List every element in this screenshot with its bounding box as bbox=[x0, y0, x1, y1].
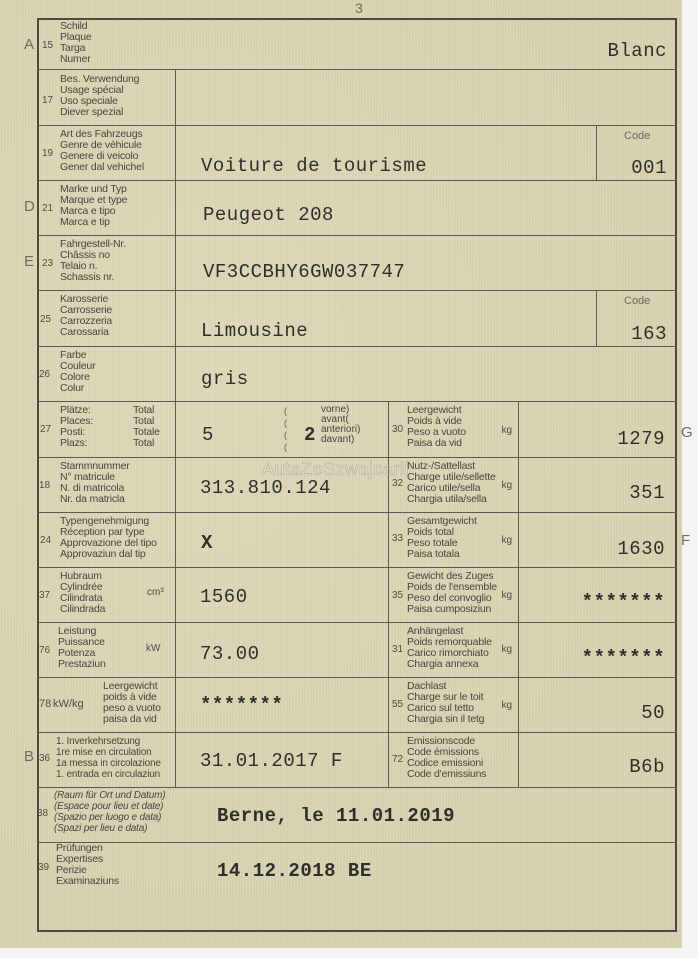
payload-value: 351 bbox=[629, 482, 665, 504]
field-plate: 15 SchildPlaqueTargaNumer Blanc bbox=[37, 18, 677, 70]
unit-kg: kg bbox=[501, 480, 512, 491]
empty-weight-value-cell: 1279 bbox=[518, 402, 677, 457]
field-number: 55 bbox=[392, 699, 403, 710]
unit-kg: kg bbox=[501, 590, 512, 601]
vehicle-type-code-cell: Code 001 bbox=[596, 126, 677, 180]
emission-code-value-cell: B6b bbox=[518, 733, 677, 787]
inspections-value: 14.12.2018 BE bbox=[217, 860, 372, 882]
roof-load-value: 50 bbox=[641, 702, 665, 724]
color-value-cell: gris bbox=[175, 347, 677, 401]
emission-code-label-cell: 72 EmissionscodeCode émissionsCodice emi… bbox=[388, 733, 518, 787]
field-number: 21 bbox=[42, 203, 53, 214]
side-letter-g: G bbox=[681, 424, 693, 441]
field-number: 25 bbox=[40, 314, 51, 325]
field-number: 35 bbox=[392, 590, 403, 601]
vehicle-type-code: 001 bbox=[631, 157, 667, 179]
unit-kg: kg bbox=[501, 700, 512, 711]
field-number: 18 bbox=[39, 480, 50, 491]
power-weight-value-cell: ******* bbox=[175, 678, 388, 732]
payload-value-cell: 351 bbox=[518, 458, 677, 512]
seats-front-label: vorne)avant(anteriori)davant) bbox=[321, 405, 360, 445]
row-displacement-train-weight: 37 HubraumCylindréeCilindrataCilindrada … bbox=[37, 568, 677, 623]
field-number: 23 bbox=[42, 258, 53, 269]
field-label: (Raum für Ort und Datum)(Espace pour lie… bbox=[54, 790, 165, 834]
field-vehicle-type: 19 Art des FahrzeugsGenre de véhiculeGen… bbox=[37, 126, 677, 181]
field-number: 24 bbox=[40, 535, 51, 546]
train-weight-value: ******* bbox=[582, 591, 665, 613]
seats-label: Plätze:Places:Posti:Plazs: bbox=[60, 405, 93, 449]
side-letter-e: E bbox=[24, 253, 34, 270]
field-number: 30 bbox=[392, 424, 403, 435]
field-label: HubraumCylindréeCilindrataCilindrada bbox=[60, 571, 105, 615]
side-letter-d: D bbox=[24, 198, 35, 215]
unit-cm3: cm³ bbox=[147, 587, 164, 598]
registration-no-value: 313.810.124 bbox=[200, 477, 331, 499]
field-body: 25 KarosserieCarrosserieCarrozzeriaCaros… bbox=[37, 291, 677, 347]
field-label: Leergewichtpoids à videpeso a vuotopaisa… bbox=[103, 681, 161, 725]
field-label: PrüfungenExpertisesPerizieExaminaziuns bbox=[56, 843, 119, 887]
unit-kg: kg bbox=[501, 425, 512, 436]
field-number: 72 bbox=[392, 754, 403, 765]
displacement-value: 1560 bbox=[200, 586, 248, 608]
chassis-value: VF3CCBHY6GW037747 bbox=[203, 261, 405, 283]
field-label: Bes. VerwendungUsage spécialUso speciale… bbox=[60, 74, 139, 118]
field-number: 38 bbox=[37, 808, 48, 819]
field-number: 27 bbox=[40, 424, 51, 435]
train-weight-label-cell: 35 Gewicht des ZugesPoids de l'ensembleP… bbox=[388, 568, 518, 622]
field-label: AnhängelastPoids remorquableCarico rimor… bbox=[407, 626, 492, 670]
unit-kw-per-kg: kW/kg bbox=[53, 698, 84, 710]
field-number: 17 bbox=[42, 95, 53, 106]
code-label: Code bbox=[624, 130, 650, 142]
train-weight-value-cell: ******* bbox=[518, 568, 677, 622]
field-label: Fahrgestell-Nr.Châssis noTelaio n.Schass… bbox=[60, 239, 126, 283]
roof-load-value-cell: 50 bbox=[518, 678, 677, 732]
field-label: TypengenehmigungRéception par typeApprov… bbox=[60, 516, 157, 560]
body-value: Limousine bbox=[201, 320, 308, 342]
field-number: 15 bbox=[42, 40, 53, 51]
brace: (((( bbox=[284, 405, 287, 453]
seats-value-cell: 5 (((( 2 vorne)avant(anteriori)davant) bbox=[175, 402, 388, 457]
color-value: gris bbox=[201, 368, 249, 390]
watermark: AutaZeSzwajcarii bbox=[262, 459, 409, 480]
registration-document-page: 3 A D E B G F 15 SchildPlaqueTargaNumer … bbox=[0, 0, 682, 948]
field-chassis: 23 Fahrgestell-Nr.Châssis noTelaio n.Sch… bbox=[37, 236, 677, 291]
unit-kw: kW bbox=[146, 643, 160, 654]
make-model-value-cell: Peugeot 208 bbox=[175, 181, 677, 235]
seats-total-label: TotalTotalTotaleTotal bbox=[133, 405, 160, 449]
field-label: FarbeCouleurColoreColur bbox=[60, 350, 95, 394]
field-number: 36 bbox=[39, 753, 50, 764]
seats-total-value: 5 bbox=[202, 424, 214, 446]
vehicle-type-value-cell: Voiture de tourisme bbox=[175, 126, 596, 180]
field-inspections: 39 PrüfungenExpertisesPerizieExaminaziun… bbox=[37, 843, 677, 932]
field-number: 37 bbox=[39, 590, 50, 601]
side-letter-a: A bbox=[24, 36, 34, 53]
field-color: 26 FarbeCouleurColoreColur gris bbox=[37, 347, 677, 402]
gross-weight-value: 1630 bbox=[617, 538, 665, 560]
special-use-value-cell bbox=[175, 70, 677, 125]
field-label: KarosserieCarrosserieCarrozzeriaCarossar… bbox=[60, 294, 112, 338]
empty-weight-value: 1279 bbox=[617, 428, 665, 450]
vehicle-type-value: Voiture de tourisme bbox=[201, 155, 427, 177]
first-registration-value: 31.01.2017 F bbox=[200, 750, 343, 772]
field-number: 39 bbox=[38, 862, 49, 873]
plate-value: Blanc bbox=[607, 40, 667, 62]
row-power-weight-roof-load: 78 kW/kg Leergewichtpoids à videpeso a v… bbox=[37, 678, 677, 733]
field-label: EmissionscodeCode émissionsCodice emissi… bbox=[407, 736, 486, 780]
field-label: Gewicht des ZugesPoids de l'ensemblePeso… bbox=[407, 571, 497, 615]
trailer-load-value-cell: ******* bbox=[518, 623, 677, 677]
field-place-date: 38 (Raum für Ort und Datum)(Espace pour … bbox=[37, 788, 677, 843]
field-number: 31 bbox=[392, 644, 403, 655]
make-model-value: Peugeot 208 bbox=[203, 204, 334, 226]
field-label: DachlastCharge sur le toitCarico sul tet… bbox=[407, 681, 484, 725]
field-label: LeergewichtPoids à videPeso a vuotoPaisa… bbox=[407, 405, 466, 449]
field-label: 1. Inverkehrsetzung1re mise en circulati… bbox=[56, 736, 161, 780]
row-type-approval-gross-weight: 24 TypengenehmigungRéception par typeApp… bbox=[37, 513, 677, 568]
field-make-model: 21 Marke und TypMarque et typeMarca e ti… bbox=[37, 181, 677, 236]
page-number: 3 bbox=[355, 0, 363, 16]
field-number: 26 bbox=[39, 369, 50, 380]
field-label: GesamtgewichtPoids totalPeso totalePaisa… bbox=[407, 516, 477, 560]
roof-load-label-cell: 55 DachlastCharge sur le toitCarico sul … bbox=[388, 678, 518, 732]
body-code-cell: Code 163 bbox=[596, 291, 677, 346]
row-seats-empty-weight: 27 Plätze:Places:Posti:Plazs: TotalTotal… bbox=[37, 402, 677, 458]
row-first-registration-emission: 36 1. Inverkehrsetzung1re mise en circul… bbox=[37, 733, 677, 788]
field-label: StammnummerN° matriculeN. di matricolaNr… bbox=[60, 461, 130, 505]
code-label: Code bbox=[624, 295, 650, 307]
type-approval-value-cell: X bbox=[175, 513, 388, 567]
gross-weight-value-cell: 1630 bbox=[518, 513, 677, 567]
field-label: Marke und TypMarque et typeMarca e tipoM… bbox=[60, 184, 127, 228]
trailer-load-label-cell: 31 AnhängelastPoids remorquableCarico ri… bbox=[388, 623, 518, 677]
row-power-trailer-load: 76 LeistungPuissancePotenzaPrestaziun kW… bbox=[37, 623, 677, 678]
field-label: SchildPlaqueTargaNumer bbox=[60, 21, 92, 65]
first-registration-value-cell: 31.01.2017 F bbox=[175, 733, 388, 787]
side-letter-b: B bbox=[24, 748, 34, 765]
place-date-value: Berne, le 11.01.2019 bbox=[217, 805, 455, 827]
field-label: Nutz-/SattellastCharge utile/selletteCar… bbox=[407, 461, 496, 505]
empty-weight-label-cell: 30 LeergewichtPoids à videPeso a vuotoPa… bbox=[388, 402, 518, 457]
unit-kg: kg bbox=[501, 535, 512, 546]
body-code: 163 bbox=[631, 323, 667, 345]
trailer-load-value: ******* bbox=[582, 647, 665, 669]
field-number: 19 bbox=[42, 148, 53, 159]
power-value: 73.00 bbox=[200, 643, 260, 665]
chassis-value-cell: VF3CCBHY6GW037747 bbox=[175, 236, 677, 290]
field-label: Art des FahrzeugsGenre de véhiculeGenere… bbox=[60, 129, 144, 173]
field-label: LeistungPuissancePotenzaPrestaziun bbox=[58, 626, 106, 670]
field-special-use: 17 Bes. VerwendungUsage spécialUso speci… bbox=[37, 70, 677, 126]
side-letter-f: F bbox=[681, 532, 690, 549]
emission-code-value: B6b bbox=[629, 756, 665, 778]
field-number: 33 bbox=[392, 533, 403, 544]
body-value-cell: Limousine bbox=[175, 291, 596, 346]
type-approval-value: X bbox=[201, 532, 213, 554]
power-value-cell: 73.00 bbox=[175, 623, 388, 677]
field-number: 76 bbox=[39, 645, 50, 656]
seats-front-value: 2 bbox=[304, 424, 316, 446]
displacement-value-cell: 1560 bbox=[175, 568, 388, 622]
power-weight-value: ******* bbox=[200, 694, 283, 716]
unit-kg: kg bbox=[501, 644, 512, 655]
field-number: 78 bbox=[39, 698, 51, 710]
gross-weight-label-cell: 33 GesamtgewichtPoids totalPeso totalePa… bbox=[388, 513, 518, 567]
